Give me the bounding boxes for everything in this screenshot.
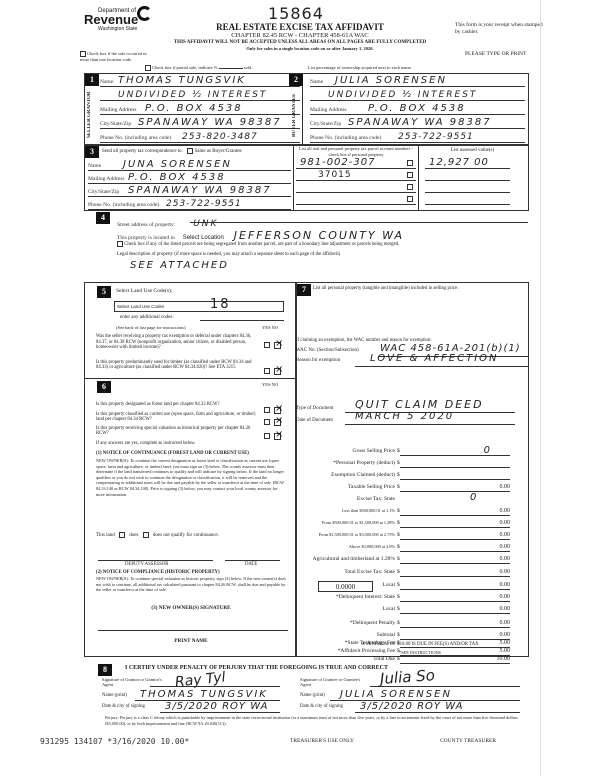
certification-title: I CERTIFY UNDER PENALTY OF PERJURY THAT … [125,665,388,671]
does-qualify-checkbox[interactable] [119,532,125,538]
fee-value[interactable]: 0.00 [400,580,510,590]
buyer-city: SPANAWAY WA 98387 [348,117,492,128]
q6-2-no-checkbox[interactable] [274,419,281,426]
values-header: List assessed value(s) [420,148,525,153]
parcel-row[interactable] [296,181,416,193]
partial-sale-check[interactable]: Check box if partial sale, indicate % so… [145,65,252,71]
minimum-note: A MINIMUM OF $10.00 IS DUE IN FEE(S) AND… [310,642,530,647]
q6-3-yes-checkbox[interactable] [264,433,270,439]
ownership-note: List percentage of ownership acquired ne… [308,65,412,70]
forest-land-question: Is this property designated as forest la… [96,402,256,407]
seller-name: THOMAS TUNGSVIK [118,75,246,86]
county-treasurer-label: COUNTY TREASURER [440,738,496,744]
local-rate-box: 0.0000 [318,581,373,592]
reason-label: Reason for exemption [296,358,340,363]
grantee-date-city[interactable]: 3/5/2020 ROY WA [360,701,463,712]
deputy-date-line[interactable] [225,560,280,561]
corr-city: SPANAWAY WA 98387 [128,185,272,196]
deputy-assessor-label: DEPUTY ASSESSOR [125,562,168,567]
fee-value[interactable] [400,458,510,468]
partial-sale-checkbox[interactable] [145,65,151,71]
q6-2-yes-checkbox[interactable] [264,419,270,425]
fee-row: Total Due$10.00 [300,654,530,665]
partial-sale-percent-field[interactable] [219,68,243,69]
buyer-address: P.O. BOX 4538 [368,103,466,114]
q5-1-yes-checkbox[interactable] [264,342,270,348]
notice-continuance-body: NEW OWNER(S): To continue the current de… [96,458,286,497]
parcels-header: List all real and personal property tax … [296,146,416,157]
fee-row: Exemption Claimed (deduct)$ [300,470,530,481]
date-label: DATE [245,562,257,567]
correspondence-label-row: Send all property tax correspondence to:… [102,148,242,154]
historic-question: Is this property receiving special valua… [96,426,256,436]
legal-description-label: Legal description of property (if more s… [117,252,537,257]
wac-label: WAC No. (Section/Subsection) [296,348,359,353]
section-1-badge: 1 [85,74,99,86]
logo-revenue-text: Revenue [84,14,138,26]
fee-value[interactable]: 0.00 [400,567,510,577]
parcel-row[interactable]: 981-002-307 [296,157,416,169]
fee-row: *Personal Property (deduct)$ [300,458,530,469]
section-8-badge: 8 [98,664,112,676]
exemption-reason[interactable]: LOVE & AFFECTION [370,353,499,364]
buyer-side-label: BUYER GRANTEE [292,90,297,140]
fee-row: *Delinquent Penalty$0.00 [300,618,530,629]
segregated-check[interactable]: Check box if any of the listed parcels a… [117,241,537,247]
assessed-value-field[interactable]: 12,927 00 [425,157,510,169]
exemption-question: Was the seller receiving a property tax … [96,334,256,351]
current-use-question: Is this property classified as current u… [96,412,256,422]
q5-2-yes-checkbox[interactable] [264,368,270,374]
fee-row: Less than $500,000.01 at 1.1%$0.00 [300,506,530,517]
grantee-print-name[interactable]: JULIA SORENSEN [340,689,452,700]
fee-value[interactable]: 0.00 [400,604,510,614]
segregated-checkbox[interactable] [117,241,123,247]
land-use-label: Select Land Use Code(s): [116,288,172,294]
additional-codes-field[interactable] [200,320,284,321]
does-not-qualify-checkbox[interactable] [143,532,149,538]
fee-row: *Delinquent Interest: State$0.00 [300,592,530,603]
seller-city: SPANAWAY WA 98387 [138,117,282,128]
form-title: REAL ESTATE EXCISE TAX AFFIDAVIT [180,22,420,32]
land-use-select[interactable]: Select Land Use Codes 18 [114,301,284,312]
doc-type-label: Type of Document [296,406,333,411]
section-5-badge: 5 [97,286,111,298]
see-instructions: *SEE INSTRUCTIONS [310,650,530,655]
corr-address-field[interactable]: Mailing Address P.O. BOX 4538 [88,171,291,184]
doc-date-label: Date of Document [296,418,333,423]
qualify-row: This land does does not qualify for cont… [96,532,219,538]
seller-address-field[interactable]: Mailing Address P.O. BOX 4538 [100,101,300,115]
seller-phone-field[interactable]: Phone No. (including area code) 253-820-… [100,129,300,143]
buyer-phone-field[interactable]: Phone No. (including area code) 253-722-… [310,129,525,143]
section-2-badge: 2 [289,74,303,86]
additional-codes-label: enter any additional codes: [120,315,174,320]
fee-value[interactable]: 0.00 [400,530,510,540]
multi-location-check[interactable]: Check box if the sale occurred in more t… [80,51,150,62]
grantee-signature-label: Signature of Grantee or Grantee's Agent [300,678,370,687]
print-name-line[interactable] [98,630,288,631]
fee-value[interactable]: 0.00 [400,618,510,628]
seller-phone: 253-820-3487 [182,132,258,142]
assessed-value-field[interactable] [425,193,510,205]
grantor-print-name[interactable]: THOMAS TUNGSVIK [140,689,268,700]
buyer-interest: UNDIVIDED ½ INTEREST [328,90,477,100]
perjury-notice: Perjury: Perjury is a class C felony whi… [105,715,535,726]
notice-compliance-body: NEW OWNER(S): To continue special valuat… [96,576,286,593]
legal-description[interactable]: SEE ATTACHED [130,260,229,271]
treasurer-use-label: TREASURER'S USE ONLY [290,738,354,744]
logo-state-text: Washington State [98,26,138,32]
seller-address: P.O. BOX 4538 [145,103,243,114]
fee-value[interactable]: 0 [400,446,510,456]
form-subwarning: Only for sales in a single location code… [200,46,420,51]
parcel-list: 981-002-307 37015 [296,157,416,205]
section-7-badge: 7 [297,284,311,296]
timber-question: Is this property predominantly used for … [96,360,256,370]
yes-instruction: If any answers are yes, complete as inst… [96,441,286,446]
corr-city-field[interactable]: City/State/Zip SPANAWAY WA 98387 [88,184,291,197]
buyer-address-field[interactable]: Mailing Address P.O. BOX 4538 [310,101,525,115]
land-use-code: 18 [210,297,231,312]
dor-swirl-icon [137,6,152,21]
form-warning: THIS AFFIDAVIT WILL NOT BE ACCEPTED UNLE… [80,40,520,45]
deputy-assessor-line[interactable] [98,560,213,561]
fee-row: Gross Selling Price$0 [300,446,530,457]
fee-value[interactable]: 0.00 [400,554,510,564]
print-name-label: PRINT NAME [96,638,286,644]
seller-side-label: SELLER GRANTOR [87,90,92,140]
fee-row: Taxable Selling Price$0.00 [300,482,530,493]
buyer-name: JULIA SORENSEN [335,75,447,86]
fee-value[interactable]: 0.00 [400,592,510,602]
form-chapter: CHAPTER 82.45 RCW - CHAPTER 458-61A WAC [180,32,420,39]
print-note: PLEASE TYPE OR PRINT [465,51,526,57]
instructions-note: (See back of last page for instructions) [116,325,185,330]
cashier-stamp: 931295 134107 *3/16/2020 10.00* [40,737,189,746]
seller-interest-field[interactable]: UNDIVIDED ½ INTEREST [100,87,300,101]
section-4-badge: 4 [96,212,110,224]
q6-3-no-checkbox[interactable] [274,433,281,440]
form-number: 15864 [268,4,324,23]
personal-property-label: List all personal property (tangible and… [313,286,458,291]
fee-value[interactable]: 0.00 [400,518,510,528]
buyer-name-field[interactable]: Name JULIA SORENSEN [310,74,525,87]
new-owner-signature-label: (3) NEW OWNER(S) SIGNATURE [96,605,286,611]
seller-interest: UNDIVIDED ½ INTEREST [118,90,267,100]
same-as-buyer-checkbox[interactable] [187,148,193,154]
grantor-date-city[interactable]: 3/5/2020 ROY WA [165,701,268,712]
grantor-signature: Ray Tyl [174,669,226,690]
parcel-row[interactable]: 37015 [296,169,416,181]
notice-compliance-title: (2) NOTICE OF COMPLIANCE (HISTORIC PROPE… [96,570,286,575]
doc-date[interactable]: MARCH 5 2020 [355,411,454,422]
assessed-value-field[interactable] [425,181,510,193]
buyer-interest-field[interactable]: UNDIVIDED ½ INTEREST [310,87,525,101]
notice-continuance-title: (1) NOTICE OF CONTINUANCE (FOREST LAND O… [96,451,286,456]
assessed-value-field[interactable] [425,169,510,181]
fee-row: Excise Tax: State0 [300,494,530,505]
section-3-badge: 3 [85,146,99,158]
buyer-city-field[interactable]: City/State/Zip SPANAWAY WA 98387 [310,115,525,129]
fee-value[interactable] [400,470,510,480]
seller-name-field[interactable]: Name THOMAS TUNGSVIK [100,74,300,87]
section-6-badge: 6 [97,381,111,393]
personal-property-checkbox[interactable] [407,184,413,190]
fee-row: Total Excise Tax: State$0.00 [300,567,530,578]
parcel-row[interactable] [296,193,416,205]
fee-row: Agricultural and timberland at 1.28%$0.0… [300,554,530,565]
fee-value[interactable]: 0.00 [400,542,510,552]
personal-property-checkbox[interactable] [407,196,413,202]
fee-row: Above $3,000,000 at 3.0%$0.00 [300,542,530,553]
corr-phone: 253-722-9551 [166,199,242,209]
corr-address: P.O. BOX 4538 [128,172,226,183]
buyer-phone: 253-722-9551 [398,132,474,142]
fee-value[interactable]: 0.00 [400,482,510,492]
fee-value[interactable]: 10.00 [400,654,510,664]
corr-name-field[interactable]: Name JUNA SORENSEN [88,158,291,171]
fee-row: Local$0.00 [300,604,530,615]
seller-city-field[interactable]: City/State/Zip SPANAWAY WA 98387 [100,115,300,129]
corr-phone-field[interactable]: Phone No. (including area code) 253-722-… [88,197,291,210]
grantee-signature: Julia So [379,666,435,688]
receipt-note: This form is your receipt when stamped b… [455,22,545,36]
fee-row: From $1,500,000.01 to $3,000,000 at 2.75… [300,530,530,541]
doc-type[interactable]: QUIT CLAIM DEED [355,398,484,411]
q5-1-no-checkbox[interactable] [274,342,281,349]
personal-property-checkbox[interactable] [407,172,413,178]
fee-row: From $500,000.01 to $1,500,000 at 1.28%$… [300,518,530,529]
corr-name: JUNA SORENSEN [123,159,232,170]
q5-2-no-checkbox[interactable] [274,368,281,375]
dor-logo: Department of Revenue Washington State [84,8,138,32]
personal-property-checkbox[interactable] [407,160,413,166]
fee-value[interactable]: 0.00 [400,506,510,516]
